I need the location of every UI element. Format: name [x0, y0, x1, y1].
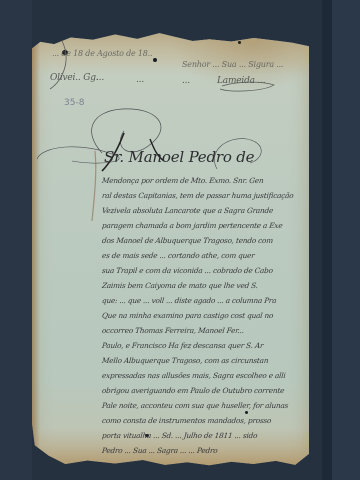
background-right-panel — [332, 0, 360, 480]
body-line: que: ... que ... voll ... diste agado ..… — [102, 296, 277, 305]
body-line: obrigou averiguando em Paulo de Outubro … — [102, 386, 285, 395]
letter-salutation: Sr. Manoel Pedro de — [104, 148, 254, 166]
signature: Olivei.. Gg. — [50, 73, 98, 83]
upper-right-line: Senhor ... Sua ... Sigura ... — [182, 60, 283, 69]
background-left-strip — [0, 0, 32, 480]
body-line: sua Trapil e com da viconida ... cobrado… — [102, 266, 274, 275]
signature: ... — [96, 73, 104, 83]
body-line: Mendonça por ordem de Mto. Exmo. Snr. Ge… — [102, 176, 264, 185]
ink-blot — [238, 41, 241, 44]
body-line: como consta de instrumentos mandados, pr… — [102, 416, 272, 425]
body-line: ral destas Capitanias, tem de passar hum… — [102, 191, 294, 200]
ink-blot — [153, 58, 157, 62]
ink-blot — [245, 411, 248, 414]
body-line: Que na minha examino para castigo cost q… — [102, 311, 274, 320]
signature: Lameida ... — [217, 76, 265, 86]
signature: ... — [136, 75, 144, 85]
background-binder-edge — [322, 0, 332, 480]
body-line: Mello Albuquerque Tragoso, com as circun… — [102, 356, 269, 365]
manuscript-page: ... de 18 de Agosto de 18.. Senhor ... S… — [32, 31, 309, 467]
body-line: occorreo Thomas Ferreira, Manoel Fer... — [102, 326, 245, 335]
pencil-archive-note: 35-8 — [64, 98, 84, 108]
body-line: paragem chamada a bom jardim pertencente… — [102, 221, 283, 230]
body-line: Zaimis bem Caiyoma de mato que lhe ved S… — [102, 281, 259, 290]
body-line: es de mais sede ... cortando athe, com q… — [102, 251, 256, 260]
date-line: ... de 18 de Agosto de 18.. — [52, 49, 152, 58]
scan-viewer: ... de 18 de Agosto de 18.. Senhor ... S… — [0, 0, 360, 480]
body-line: Pedro ... Sua ... Sagra ... ... Pedro — [102, 446, 218, 455]
body-line: porta vitualha ... Sd. ... Julho de 1811… — [102, 431, 258, 440]
body-line: Pale noite, acconteu com sua que huselle… — [102, 401, 289, 410]
body-line: Paulo, e Francisco Ha fez descansa quer … — [102, 341, 264, 350]
body-line: Vezivela absoluta Lancarote que a Sagra … — [102, 206, 274, 215]
signature: ... — [182, 76, 190, 86]
water-stain-left — [32, 31, 40, 467]
body-line: dos Manoel de Albuquerque Tragoso, tendo… — [102, 236, 274, 245]
body-line: expressadas nas allusões mais, Sagra esc… — [102, 371, 287, 380]
